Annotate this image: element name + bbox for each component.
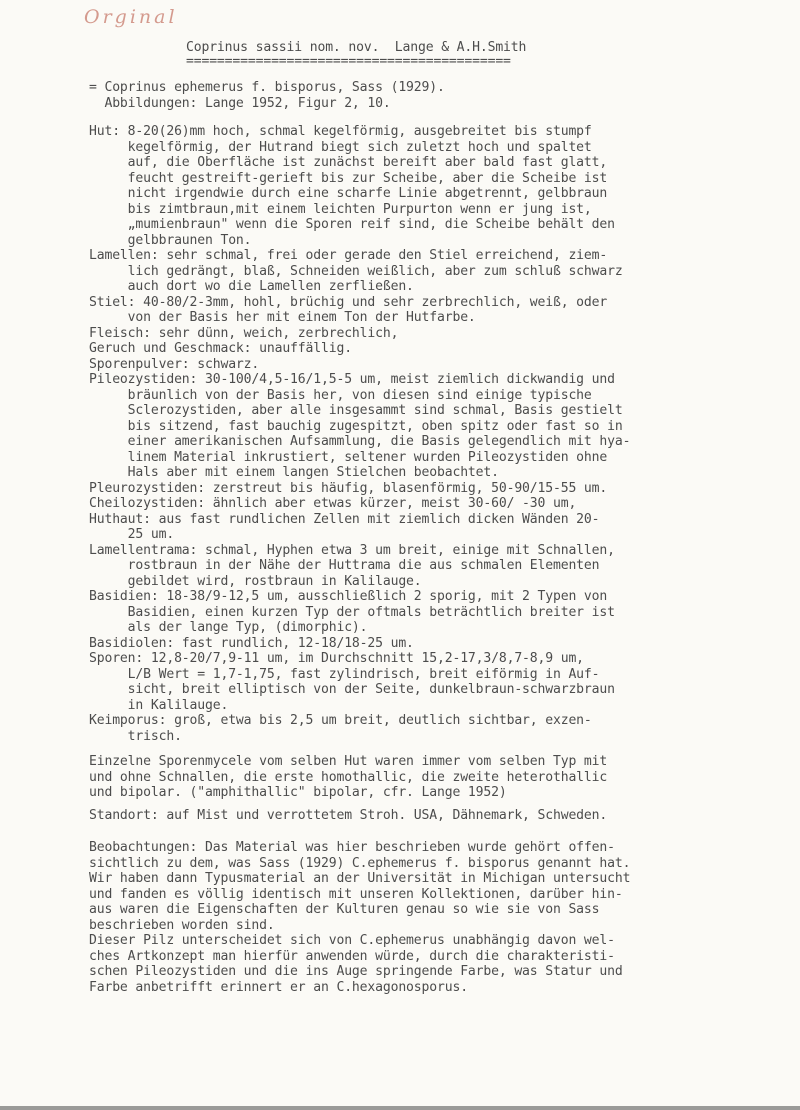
cultures-line: und ohne Schnallen, die erste homothalli…: [89, 770, 607, 785]
description-line: auf, die Oberfläche ist zunächst bereift…: [89, 155, 607, 170]
description-line: linem Material inkrustiert, seltener wur…: [89, 450, 607, 465]
description-line: Lamellen: sehr schmal, frei oder gerade …: [89, 248, 607, 263]
description-line: Lamellentrama: schmal, Hyphen etwa 3 um …: [89, 543, 615, 558]
description-line: bräunlich von der Basis her, von diesen …: [89, 388, 592, 403]
description-line: Pleurozystiden: zerstreut bis häufig, bl…: [89, 481, 607, 496]
description-line: nicht irgendwie durch eine scharfe Linie…: [89, 186, 607, 201]
description-line: Keimporus: groß, etwa bis 2,5 um breit, …: [89, 713, 592, 728]
observations-line: Beobachtungen: Das Material was hier bes…: [89, 840, 615, 855]
description-line: auch dort wo die Lamellen zerfließen.: [89, 279, 414, 294]
description-line: kegelförmig, der Hutrand biegt sich zule…: [89, 140, 592, 155]
description-line: feucht gestreift-gerieft bis zur Scheibe…: [89, 171, 607, 186]
description-line: Sporen: 12,8-20/7,9-11 um, im Durchschni…: [89, 651, 584, 666]
description-line: bis sitzend, fast bauchig zugespitzt, ob…: [89, 419, 623, 434]
description-line: als der lange Typ, (dimorphic).: [89, 620, 367, 635]
description-line: Pileozystiden: 30-100/4,5-16/1,5-5 um, m…: [89, 372, 615, 387]
observations-line: und fanden es völlig identisch mit unser…: [89, 887, 623, 902]
description-line: Hut: 8-20(26)mm hoch, schmal kegelförmig…: [89, 124, 592, 139]
description-line: bis zimtbraun,mit einem leichten Purpurt…: [89, 202, 592, 217]
observations-paragraph: Beobachtungen: Das Material was hier bes…: [89, 840, 120, 1020]
cultures-line: und bipolar. ("amphithallic" bipolar, cf…: [89, 785, 507, 800]
description-line: Cheilozystiden: ähnlich aber etwas kürze…: [89, 496, 576, 511]
document-page: Orginal Coprinus sassii nom. nov. Lange …: [0, 0, 800, 1110]
description-line: sicht, breit elliptisch von der Seite, d…: [89, 682, 615, 697]
description-line: Basidien: 18-38/9-12,5 um, ausschließlic…: [89, 589, 607, 604]
description-line: L/B Wert = 1,7-1,75, fast zylindrisch, b…: [89, 667, 599, 682]
synonym-line: Abbildungen: Lange 1952, Figur 2, 10.: [89, 96, 391, 111]
description-line: Hals aber mit einem langen Stielchen beo…: [89, 465, 499, 480]
description-line: trisch.: [89, 729, 182, 744]
description-line: lich gedrängt, blaß, Schneiden weißlich,…: [89, 264, 623, 279]
description-line: Huthaut: aus fast rundlichen Zellen mit …: [89, 512, 599, 527]
observations-line: aus waren die Eigenschaften der Kulturen…: [89, 902, 599, 917]
observations-line: schen Pileozystiden und die ins Auge spr…: [89, 964, 623, 979]
observations-line: sichtlich zu dem, was Sass (1929) C.ephe…: [89, 856, 630, 871]
description-line: Sclerozystiden, aber alle insgesammt sin…: [89, 403, 623, 418]
habitat-line: Standort: auf Mist und verrottetem Stroh…: [89, 808, 607, 823]
title-underline: ========================================…: [186, 54, 511, 69]
description-line: von der Basis her mit einem Ton der Hutf…: [89, 310, 476, 325]
observations-line: Dieser Pilz unterscheidet sich von C.eph…: [89, 933, 615, 948]
description-line: einer amerikanischen Aufsammlung, die Ba…: [89, 434, 630, 449]
description-line: Stiel: 40-80/2-3mm, hohl, brüchig und se…: [89, 295, 607, 310]
document-title: Coprinus sassii nom. nov. Lange & A.H.Sm…: [186, 40, 526, 55]
description-line: gelbbraunen Ton.: [89, 233, 251, 248]
description-line: Fleisch: sehr dünn, weich, zerbrechlich,: [89, 326, 398, 341]
description-line: 25 um.: [89, 527, 174, 542]
observations-line: Wir haben dann Typusmaterial an der Univ…: [89, 871, 630, 886]
description-line: „mumienbraun" wenn die Sporen reif sind,…: [89, 217, 615, 232]
description-line: gebildet wird, rostbraun in Kalilauge.: [89, 574, 422, 589]
cultures-line: Einzelne Sporenmycele vom selben Hut war…: [89, 754, 607, 769]
description-block: Hut: 8-20(26)mm hoch, schmal kegelförmig…: [89, 124, 120, 754]
observations-line: ches Artkonzept man hierfür anwenden wür…: [89, 949, 615, 964]
description-line: Sporenpulver: schwarz.: [89, 357, 259, 372]
description-line: Geruch und Geschmack: unauffällig.: [89, 341, 352, 356]
description-line: rostbraun in der Nähe der Huttrama die a…: [89, 558, 599, 573]
description-line: in Kalilauge.: [89, 698, 228, 713]
observations-line: beschrieben worden sind.: [89, 918, 275, 933]
description-line: Basidiolen: fast rundlich, 12-18/18-25 u…: [89, 636, 414, 651]
synonym-line: = Coprinus ephemerus f. bisporus, Sass (…: [89, 80, 445, 95]
observations-line: Farbe anbetrifft erinnert er an C.hexago…: [89, 980, 468, 995]
handwritten-note: Orginal: [84, 6, 178, 28]
description-line: Basidien, einen kurzen Typ der oftmals b…: [89, 605, 615, 620]
